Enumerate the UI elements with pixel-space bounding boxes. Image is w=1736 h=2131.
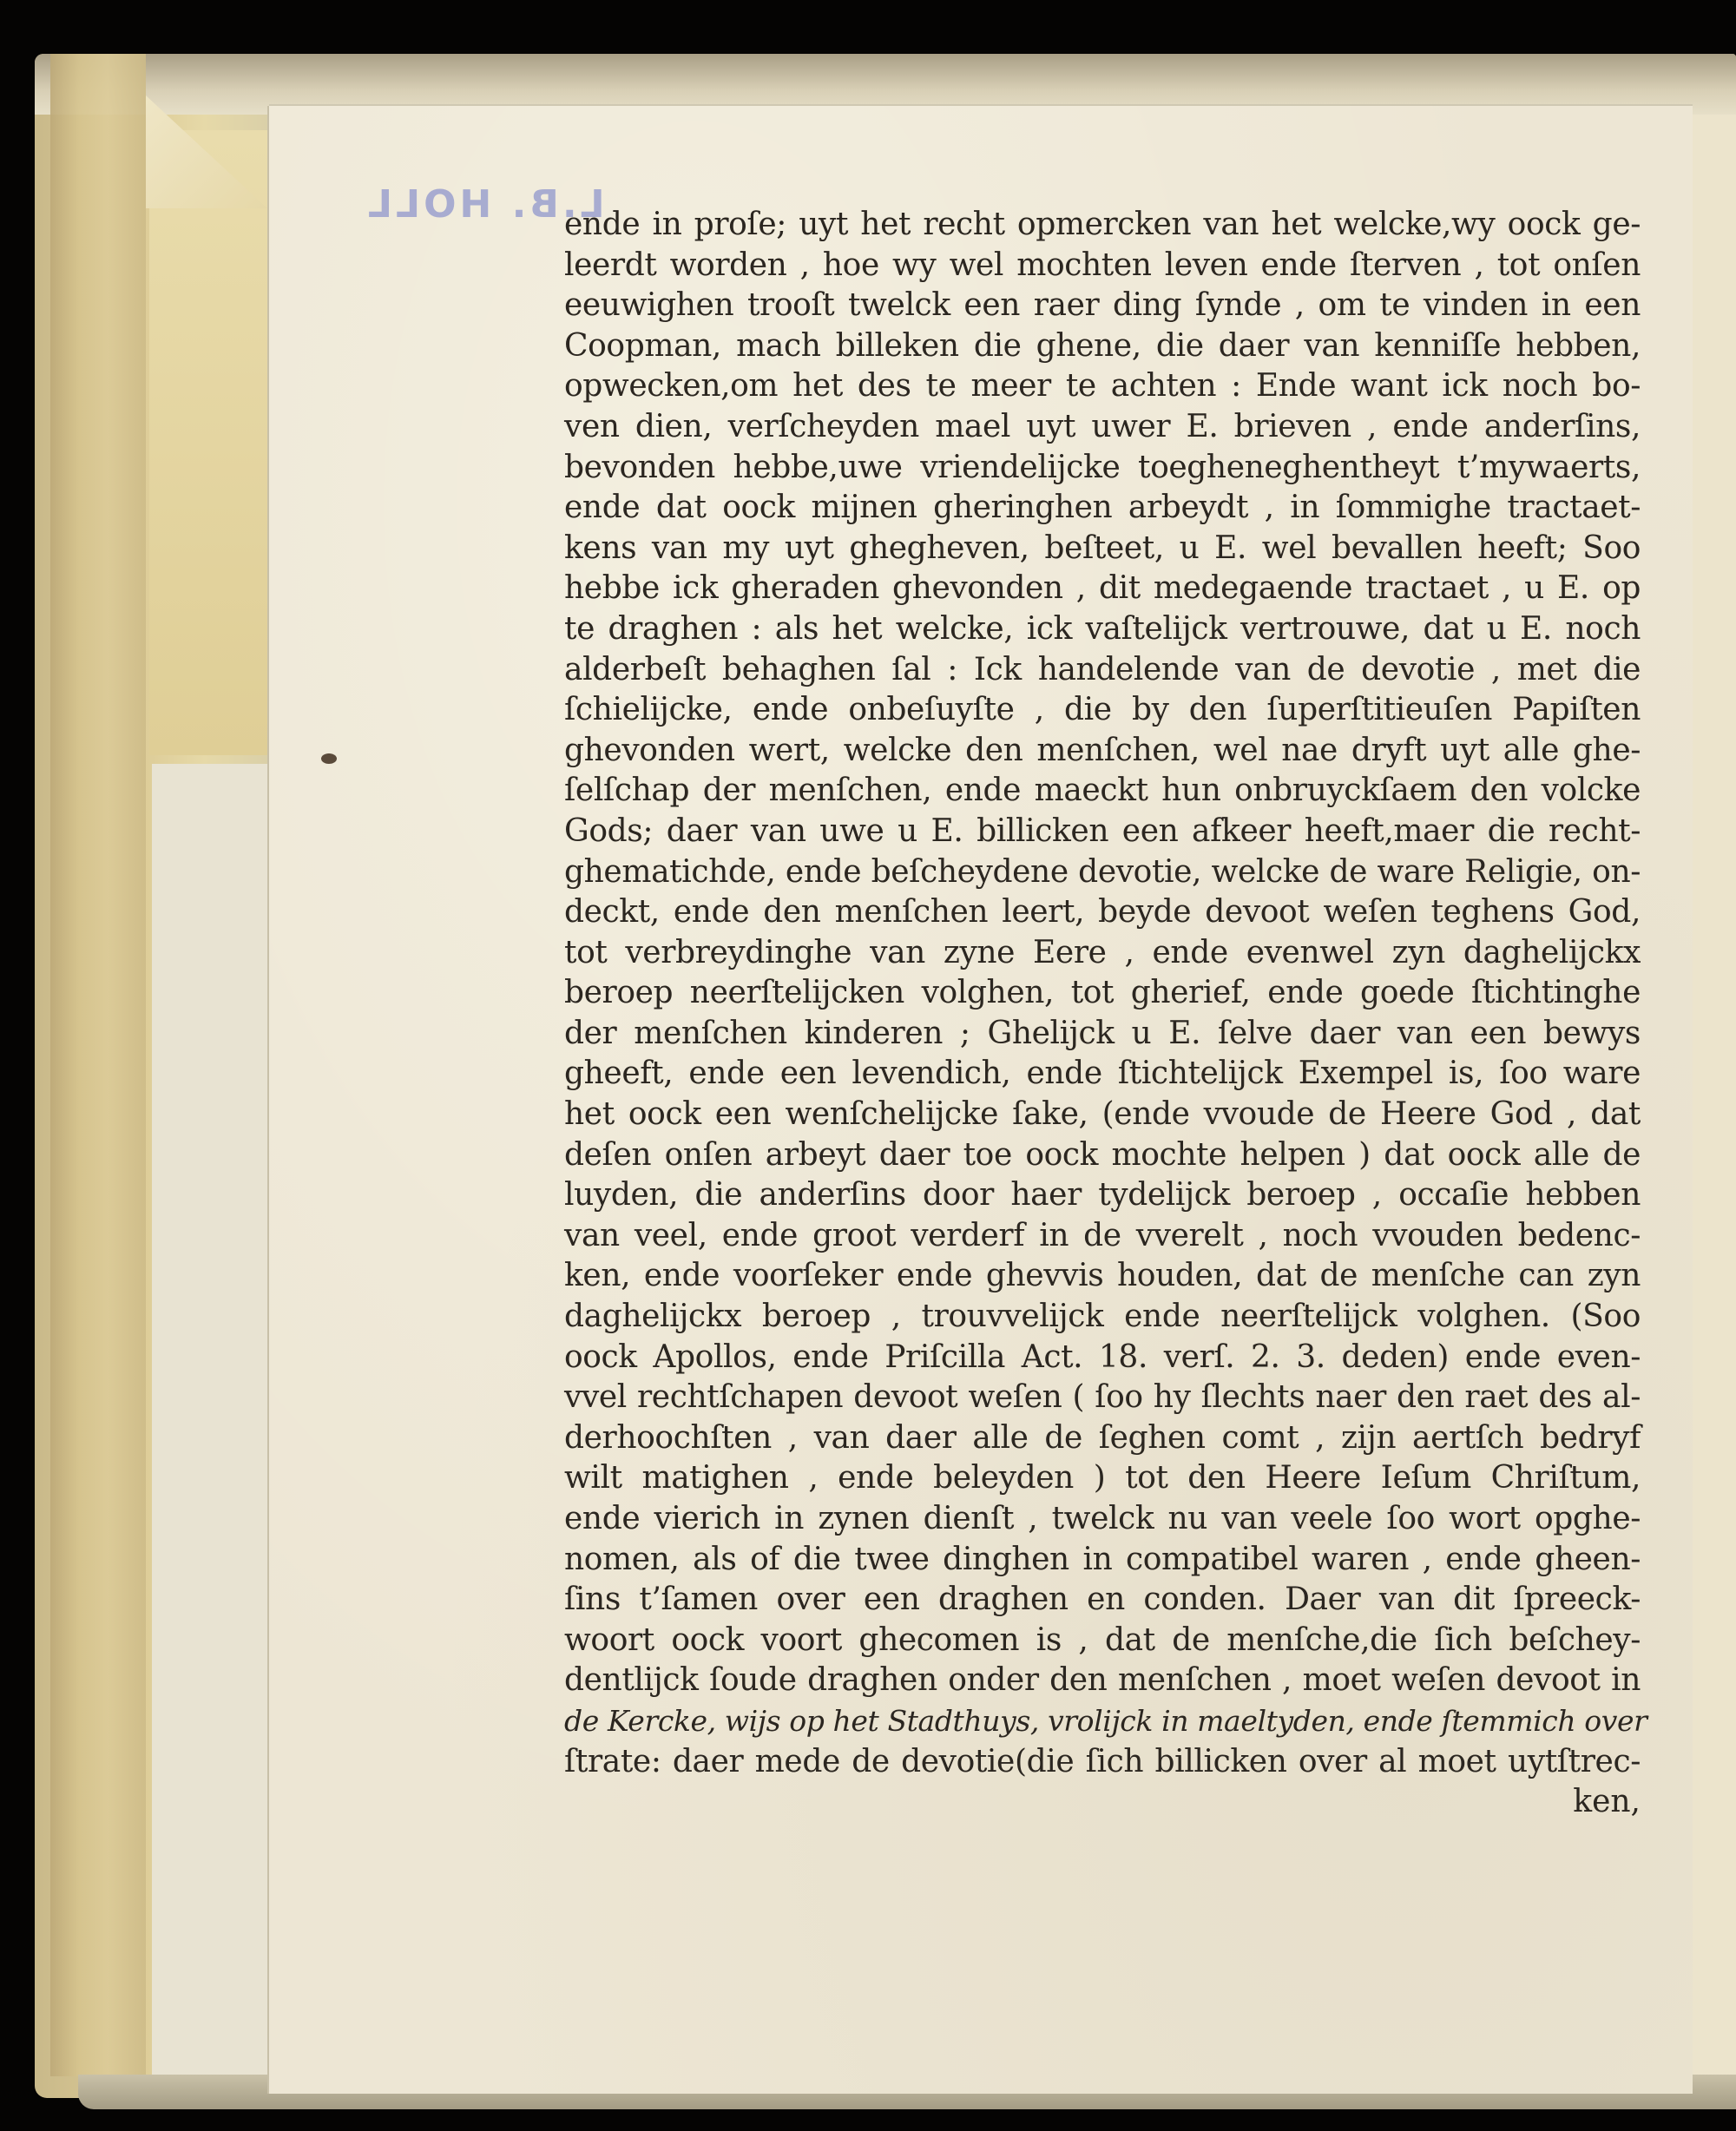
text-line: woort oock voort ghecomen is , dat de me… [564,1621,1641,1661]
text-line: deſen onſen arbeyt daer toe oock mochte … [564,1135,1641,1176]
text-line: ſchielijcke, ende onbeſuyſte , die by de… [564,690,1641,731]
pastedown [149,130,271,755]
text-line: nomen, als of die twee dinghen in compat… [564,1540,1641,1581]
text-line: luyden, die anderſins door haer tydelijc… [564,1175,1641,1216]
text-line: derhoochſten , van daer alle de ſeghen c… [564,1418,1641,1459]
text-line: ende dat oock mijnen gheringhen arbeydt … [564,488,1641,529]
paper-blemish [321,753,337,764]
text-line: alderbeſt behaghen ſal : Ick handelende … [564,650,1641,691]
text-line: Gods; daer van uwe u E. billicken een af… [564,812,1641,852]
text-line: eeuwighen trooſt twelck een raer ding ſy… [564,286,1641,326]
text-line: leerdt worden , hoe wy wel mochten leven… [564,246,1641,286]
page-text: ende in proſe; uyt het recht opmercken v… [564,205,1641,1823]
text-line: tot verbreydinghe van zyne Eere , ende e… [564,933,1641,974]
text-line: gheeft, ende een levendich, ende ſtichte… [564,1054,1641,1095]
text-line: het oock een wenſchelijcke ſake, (ende v… [564,1095,1641,1135]
text-line: ven dien, verſcheyden mael uyt uwer E. b… [564,407,1641,448]
text-line: Coopman, mach billeken die ghene, die da… [564,326,1641,367]
text-line: dentlijck ſoude draghen onder den menſch… [564,1661,1641,1701]
text-line: wilt matighen , ende beleyden ) tot den … [564,1458,1641,1499]
text-line: ende in proſe; uyt het recht opmercken v… [564,205,1641,246]
text-line: bevonden hebbe,uwe vriendelijcke toeghen… [564,448,1641,489]
spine-turn-in [50,54,146,2076]
text-line: oock Apollos, ende Priſcilla Act. 18. ve… [564,1338,1641,1378]
text-line: te draghen : als het welcke, ick vaſteli… [564,609,1641,650]
text-line: hebbe ick gheraden ghevonden , dit medeg… [564,569,1641,609]
text-line: deckt, ende den menſchen leert, beyde de… [564,892,1641,933]
flyleaf-stub [152,764,275,2075]
text-line: daghelijckx beroep , trouvvelijck ende n… [564,1297,1641,1338]
text-line: van veel, ende groot verderf in de vvere… [564,1216,1641,1257]
text-line: der menſchen kinderen ; Ghelijck u E. ſe… [564,1014,1641,1055]
text-line-italic: de Kercke, wijs op het Stadthuys, vrolij… [564,1701,1641,1742]
catchword: ken, [564,1782,1641,1823]
text-line: kens van my uyt ghegheven, beſteet, u E.… [564,529,1641,569]
text-line: vvel rechtſchapen devoot weſen ( ſoo hy … [564,1378,1641,1418]
text-line: ken, ende voorſeker ende ghevvis houden,… [564,1256,1641,1297]
text-line: ſelſchap der menſchen, ende maeckt hun o… [564,771,1641,812]
text-line: ende vierich in zynen dienſt , twelck nu… [564,1499,1641,1540]
text-line: opwecken,om het des te meer te achten : … [564,366,1641,407]
text-line: ſins t’ſamen over een draghen en conden.… [564,1580,1641,1621]
text-line: ghematichde, ende beſcheydene devotie, w… [564,852,1641,893]
text-line: beroep neerſtelijcken volghen, tot gheri… [564,973,1641,1014]
text-line: ſtrate: daer mede de devotie(die ſich bi… [564,1742,1641,1783]
text-line: ghevonden wert, welcke den menſchen, wel… [564,731,1641,772]
